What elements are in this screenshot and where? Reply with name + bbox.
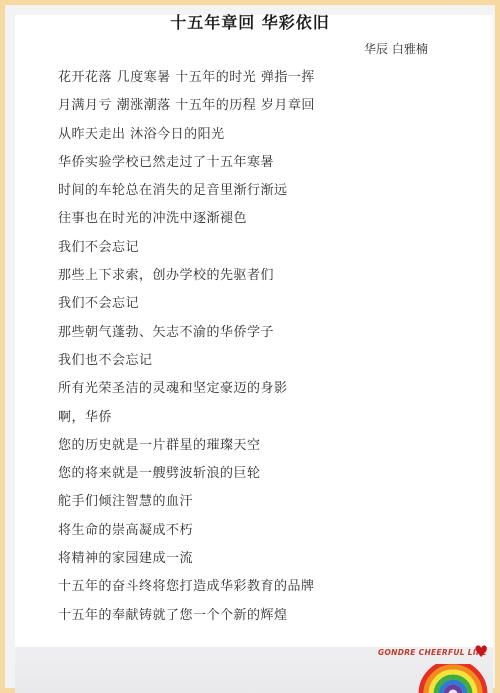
poem-line: 时间的车轮总在消失的足音里渐行渐远 (58, 181, 315, 209)
poem-title: 十五年章回 华彩依旧 (0, 10, 500, 33)
poem-line: 我们也不会忘记 (58, 351, 315, 379)
poem-author: 华辰 白雅楠 (364, 40, 428, 57)
poem-line: 花开花落 几度寒暑 十五年的时光 弹指一挥 (58, 68, 315, 96)
poem-line: 月满月亏 潮涨潮落 十五年的历程 岁月章回 (58, 96, 315, 124)
rainbow-icon (418, 664, 488, 693)
poem-line: 啊，华侨 (58, 408, 315, 436)
poem-line: 舵手们倾注智慧的血汗 (58, 492, 315, 520)
poem-line: 十五年的奋斗终将您打造成华彩教育的品牌 (58, 577, 315, 605)
logo-text: GONDRE CHEERFUL LIFE (378, 648, 487, 657)
poem-line: 那些上下求索，创办学校的先驱者们 (58, 266, 315, 294)
poem-line: 您的将来就是一艘劈波斩浪的巨轮 (58, 464, 315, 492)
poem-line: 您的历史就是一片群星的璀璨天空 (58, 436, 315, 464)
poem-line: 我们不会忘记 (58, 294, 315, 322)
poem-line: 将生命的崇高凝成不朽 (58, 521, 315, 549)
heart-icon: ♥ (474, 644, 488, 660)
poem-line: 那些朝气蓬勃、矢志不渝的华侨学子 (58, 323, 315, 351)
poem-line: 将精神的家园建成一流 (58, 549, 315, 577)
poem-line: 从昨天走出 沐浴今日的阳光 (58, 125, 315, 153)
poem-body: 花开花落 几度寒暑 十五年的时光 弹指一挥 月满月亏 潮涨潮落 十五年的历程 岁… (58, 68, 315, 634)
poem-line: 所有光荣圣洁的灵魂和坚定豪迈的身影 (58, 379, 315, 407)
poem-line: 华侨实验学校已然走过了十五年寒暑 (58, 153, 315, 181)
poem-line: 我们不会忘记 (58, 238, 315, 266)
poem-line: 十五年的奉献铸就了您一个个新的辉煌 (58, 606, 315, 634)
poem-line: 往事也在时光的冲洗中逐渐褪色 (58, 209, 315, 237)
